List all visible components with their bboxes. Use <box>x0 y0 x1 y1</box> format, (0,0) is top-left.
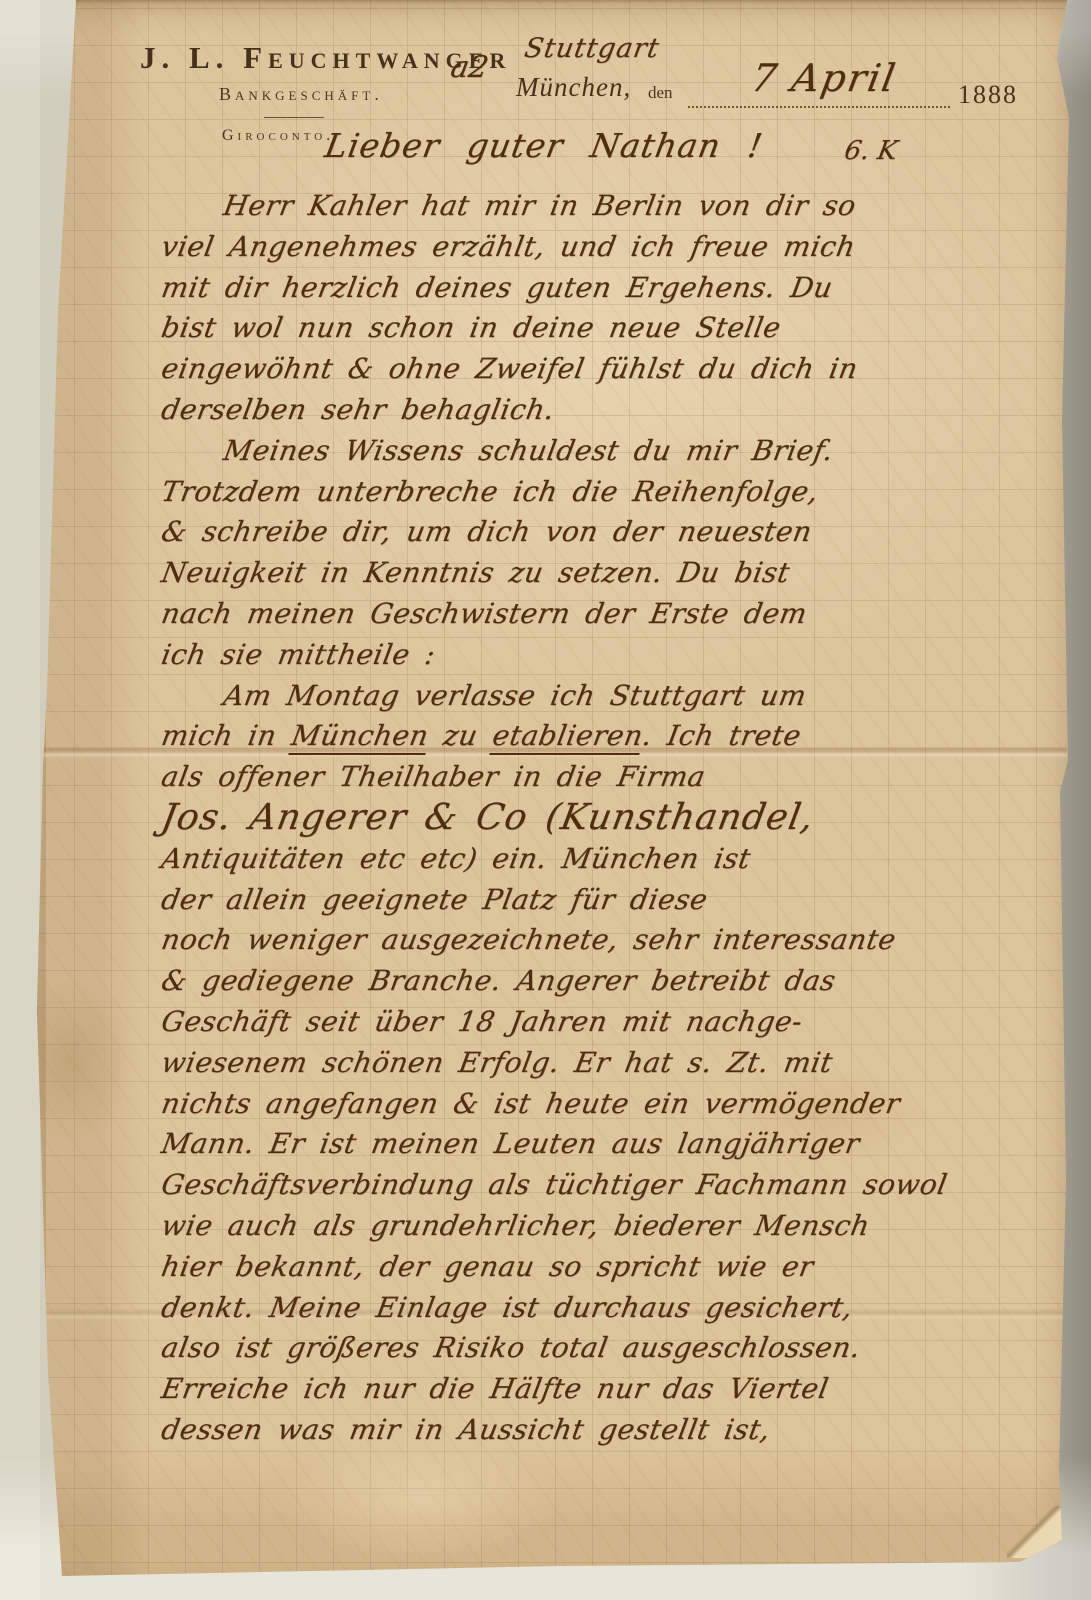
handwritten-date: 7 April <box>748 56 900 100</box>
line-pre: mich in <box>159 719 295 752</box>
folded-corner <box>1007 1506 1063 1558</box>
handwriting-line: Geschäft seit über 18 Jahren mit nachge- <box>158 1002 1053 1043</box>
handwriting-line: & schreibe dir, um dich von der neuesten <box>158 512 1053 553</box>
line-post: . Ich trete <box>640 719 804 752</box>
handwriting-line: nach meinen Geschwistern der Erste dem <box>158 594 1053 635</box>
underlined-word-etablieren: etablieren <box>489 719 645 755</box>
scanner-background: J. L. Feuchtwanger Bankgeschäft. Girocon… <box>0 0 1091 1600</box>
handwriting-line-firm-name: Jos. Angerer & Co (Kunsthandel, <box>158 798 1053 839</box>
printed-city: München, <box>516 72 631 103</box>
handwriting-line: derselben sehr behaglich. <box>158 390 1053 431</box>
scanned-letter-page: { "letterhead": { "name": "J. L. Feuchtw… <box>0 0 1091 1600</box>
handwriting-line: Herr Kahler hat mir in Berlin von dir so <box>158 186 1053 227</box>
handwriting-line: Neuigkeit in Kenntnis zu setzen. Du bist <box>158 553 1053 594</box>
handwriting-line: denkt. Meine Einlage ist durchaus gesich… <box>158 1288 1053 1329</box>
handwriting-line: mit dir herzlich deines guten Ergehens. … <box>158 268 1053 309</box>
corner-annotation: a2 <box>448 50 491 85</box>
letterhead-account: Giroconto. <box>222 127 334 145</box>
handwriting-line: Erreiche ich nur die Hälfte nur das Vier… <box>158 1369 1053 1410</box>
handwriting-line: Meines Wissens schuldest du mir Brief. <box>158 431 1053 472</box>
handwriting-line: eingewöhnt & ohne Zweifel fühlst du dich… <box>158 349 1053 390</box>
handwriting-line: wiesenem schönen Erfolg. Er hat s. Zt. m… <box>158 1043 1053 1084</box>
handwriting-line: Antiquitäten etc etc) ein. München ist <box>158 839 1053 880</box>
handwriting-line: viel Angenehmes erzählt, und ich freue m… <box>158 227 1053 268</box>
handwriting-line: dessen was mir in Aussicht gestellt ist, <box>158 1410 1053 1451</box>
handwriting-line: also ist größeres Risiko total ausgeschl… <box>158 1328 1053 1369</box>
handwriting-line: hier bekannt, der genau so spricht wie e… <box>158 1247 1053 1288</box>
handwriting-line: wie auch als grundehrlicher, biederer Me… <box>158 1206 1053 1247</box>
handwriting-line: Mann. Er ist meinen Leuten aus langjähri… <box>158 1124 1053 1165</box>
handwriting-line: nichts angefangen & ist heute ein vermög… <box>158 1084 1053 1125</box>
letterhead-divider <box>264 117 324 118</box>
printed-den: den <box>648 83 673 103</box>
printed-year: 1888 <box>958 80 1018 110</box>
city-correction-handwriting: Stuttgart <box>522 33 662 64</box>
underlined-word-muenchen: München <box>288 719 431 755</box>
handwriting-line-underlined: mich in München zu etablieren. Ich trete <box>158 716 1053 757</box>
handwriting-line: der allein geeignete Platz für diese <box>158 880 1053 921</box>
handwriting-line: ich sie mittheile : <box>158 635 1053 676</box>
handwriting-line: Trotzdem unterbreche ich die Reihenfolge… <box>158 472 1053 513</box>
salutation: Lieber guter Nathan ! <box>322 126 766 165</box>
letter-body: Herr Kahler hat mir in Berlin von dir so… <box>158 186 1046 1451</box>
handwriting-line: Am Montag verlasse ich Stuttgart um <box>158 676 1053 717</box>
handwriting-line: bist wol nun schon in deine neue Stelle <box>158 308 1053 349</box>
letter-paper: J. L. Feuchtwanger Bankgeschäft. Girocon… <box>0 0 1091 1600</box>
line-mid: zu <box>425 719 495 752</box>
handwriting-line: als offener Theilhaber in die Firma <box>158 757 1053 798</box>
handwriting-line: Geschäftsverbindung als tüchtiger Fachma… <box>158 1165 1053 1206</box>
file-mark-annotation: 6. K <box>842 136 900 166</box>
handwriting-line: noch weniger ausgezeichnete, sehr intere… <box>158 920 1053 961</box>
letterhead-business: Bankgeschäft. <box>219 84 383 105</box>
handwriting-line: & gediegene Branche. Angerer betreibt da… <box>158 961 1053 1002</box>
